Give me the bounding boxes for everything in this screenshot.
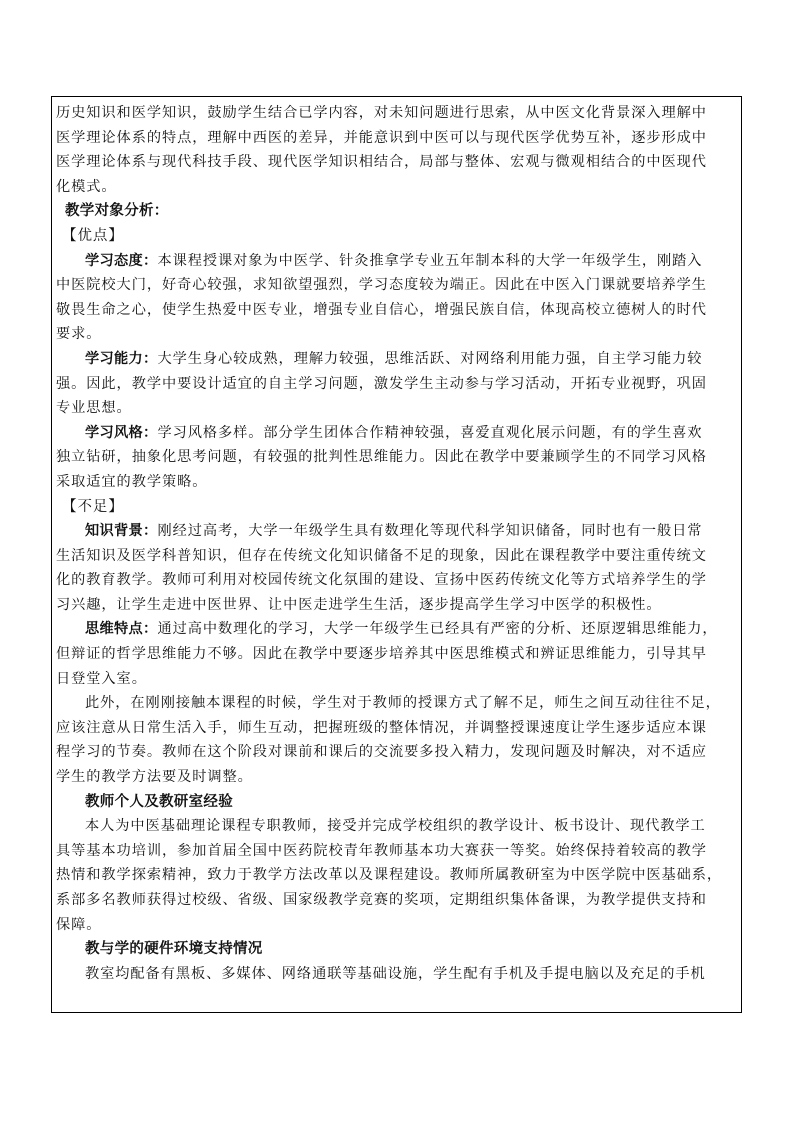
ability-lead: 学习能力： bbox=[85, 351, 157, 367]
text-line: 专业思想。 bbox=[56, 396, 740, 421]
text-line: 程学习的节奏。教师在这个阶段对课前和课后的交流要多投入精力，发现问题及时解决，对… bbox=[56, 740, 740, 765]
additionally-paragraph: 此外，在刚刚接触本课程的时候，学生对于教师的授课方式了解不足，师生之间互动往往不… bbox=[56, 691, 740, 789]
teacher-paragraph: 本人为中医基础理论课程专职教师，接受并完成学校组织的教学设计、板书设计、现代教学… bbox=[56, 814, 740, 937]
text-line: 日登堂入室。 bbox=[56, 667, 740, 692]
style-lead: 学习风格： bbox=[85, 425, 157, 441]
text-line: 要求。 bbox=[56, 322, 740, 347]
text-line: 保障。 bbox=[56, 913, 740, 938]
text-line: 强。因此，教学中要设计适宜的自主学习问题，激发学生主动参与学习活动，开拓专业视野… bbox=[56, 372, 740, 397]
text-line: 学习能力：大学生身心较成熟，理解力较强，思维活跃、对网络利用能力强，自主学习能力… bbox=[56, 347, 740, 372]
text-line: 学生的教学方法要及时调整。 bbox=[56, 765, 740, 790]
text-line: 思维特点：通过高中数理化的学习，大学一年级学生已经具有严密的分析、还原逻辑思维能… bbox=[56, 617, 740, 642]
text-line: 医学理论体系的特点，理解中西医的差异，并能意识到中医可以与现代医学优势互补，逐步… bbox=[56, 126, 740, 151]
text-line: 生活知识及医学科普知识，但存在传统文化知识储备不足的现象，因此在课程教学中要注重… bbox=[56, 544, 740, 569]
text-line: 学习风格：学习风格多样。部分学生团体合作精神较强，喜爱直观化展示问题，有的学生喜… bbox=[56, 421, 740, 446]
weaknesses-label: 【不足】 bbox=[56, 495, 740, 520]
text-line: 采取适宜的教学策略。 bbox=[56, 470, 740, 495]
text-line: 学习态度：本课程授课对象为中医学、针灸推拿学专业五年制本科的大学一年级学生，刚踏… bbox=[56, 249, 740, 274]
text-line: 习兴趣，让学生走进中医世界、让中医走进学生生活，逐步提高学生学习中医学的积极性。 bbox=[56, 593, 740, 618]
text-line: 知识背景：刚经过高考，大学一年级学生具有数理化等现代科学知识储备，同时也有一般日… bbox=[56, 519, 740, 544]
text-line: 中医院校大门，好奇心较强，求知欲望强烈，学习态度较为端正。因此在中医入门课就要培… bbox=[56, 273, 740, 298]
attitude-paragraph: 学习态度：本课程授课对象为中医学、针灸推拿学专业五年制本科的大学一年级学生，刚踏… bbox=[56, 249, 740, 347]
text-line: 医学理论体系与现代科技手段、现代医学知识相结合，局部与整体、宏观与微观相结合的中… bbox=[56, 150, 740, 175]
intro-paragraph: 历史知识和医学知识，鼓励学生结合已学内容，对未知问题进行思索，从中医文化背景深入… bbox=[56, 101, 740, 199]
text-line: 历史知识和医学知识，鼓励学生结合已学内容，对未知问题进行思索，从中医文化背景深入… bbox=[56, 101, 740, 126]
text-line: 化模式。 bbox=[56, 175, 740, 200]
text-span: 通过高中数理化的学习，大学一年级学生已经具有严密的分析、还原逻辑思维能力， bbox=[157, 621, 717, 637]
thinking-lead: 思维特点： bbox=[85, 621, 157, 637]
text-span: 学习风格多样。部分学生团体合作精神较强，喜爱直观化展示问题，有的学生喜欢 bbox=[157, 425, 702, 441]
teacher-heading: 教师个人及教研室经验 bbox=[56, 790, 740, 815]
text-line: 教室均配备有黑板、多媒体、网络通联等基础设施，学生配有手机及手提电脑以及充足的手… bbox=[56, 962, 740, 987]
text-line: 热情和教学探索精神，致力于教学方法改革以及课程建设。教师所属教研室为中医学院中医… bbox=[56, 863, 740, 888]
background-lead: 知识背景： bbox=[85, 523, 157, 539]
text-line: 系部多名教师获得过校级、省级、国家级教学竞赛的奖项，定期组织集体备课，为教学提供… bbox=[56, 888, 740, 913]
text-line: 具等基本功培训，参加首届全国中医药院校青年教师基本功大赛获一等奖。始终保持着较高… bbox=[56, 839, 740, 864]
text-line: 独立钻研，抽象化思考问题，有较强的批判性思维能力。因此在教学中要兼顾学生的不同学… bbox=[56, 445, 740, 470]
hardware-paragraph: 教室均配备有黑板、多媒体、网络通联等基础设施，学生配有手机及手提电脑以及充足的手… bbox=[56, 962, 740, 987]
document-body: 历史知识和医学知识，鼓励学生结合已学内容，对未知问题进行思索，从中医文化背景深入… bbox=[56, 101, 740, 986]
text-line: 敬畏生命之心，使学生热爱中医专业，增强专业自信心，增强民族自信，体现高校立德树人… bbox=[56, 298, 740, 323]
text-span: 刚经过高考，大学一年级学生具有数理化等现代科学知识储备，同时也有一般日常 bbox=[157, 523, 702, 539]
ability-paragraph: 学习能力：大学生身心较成熟，理解力较强，思维活跃、对网络利用能力强，自主学习能力… bbox=[56, 347, 740, 421]
text-line: 应该注意从日常生活入手，师生互动，把握班级的整体情况，并调整授课速度让学生逐步适… bbox=[56, 716, 740, 741]
text-line: 本人为中医基础理论课程专职教师，接受并完成学校组织的教学设计、板书设计、现代教学… bbox=[56, 814, 740, 839]
hardware-heading: 教与学的硬件环境支持情况 bbox=[56, 937, 740, 962]
strengths-label: 【优点】 bbox=[56, 224, 740, 249]
background-paragraph: 知识背景：刚经过高考，大学一年级学生具有数理化等现代科学知识储备，同时也有一般日… bbox=[56, 519, 740, 617]
style-paragraph: 学习风格：学习风格多样。部分学生团体合作精神较强，喜爱直观化展示问题，有的学生喜… bbox=[56, 421, 740, 495]
text-span: 大学生身心较成熟，理解力较强，思维活跃、对网络利用能力强，自主学习能力较 bbox=[157, 351, 702, 367]
attitude-lead: 学习态度： bbox=[85, 253, 157, 269]
analysis-heading: 教学对象分析： bbox=[56, 199, 740, 224]
text-span: 本课程授课对象为中医学、针灸推拿学专业五年制本科的大学一年级学生，刚踏入 bbox=[157, 253, 702, 269]
text-line: 化的教育教学。教师可利用对校园传统文化氛围的建设、宣扬中医药传统文化等方式培养学… bbox=[56, 568, 740, 593]
text-line: 此外，在刚刚接触本课程的时候，学生对于教师的授课方式了解不足，师生之间互动往往不… bbox=[56, 691, 740, 716]
thinking-paragraph: 思维特点：通过高中数理化的学习，大学一年级学生已经具有严密的分析、还原逻辑思维能… bbox=[56, 617, 740, 691]
text-line: 但辩证的哲学思维能力不够。因此在教学中要逐步培养其中医思维模式和辨证思维能力，引… bbox=[56, 642, 740, 667]
